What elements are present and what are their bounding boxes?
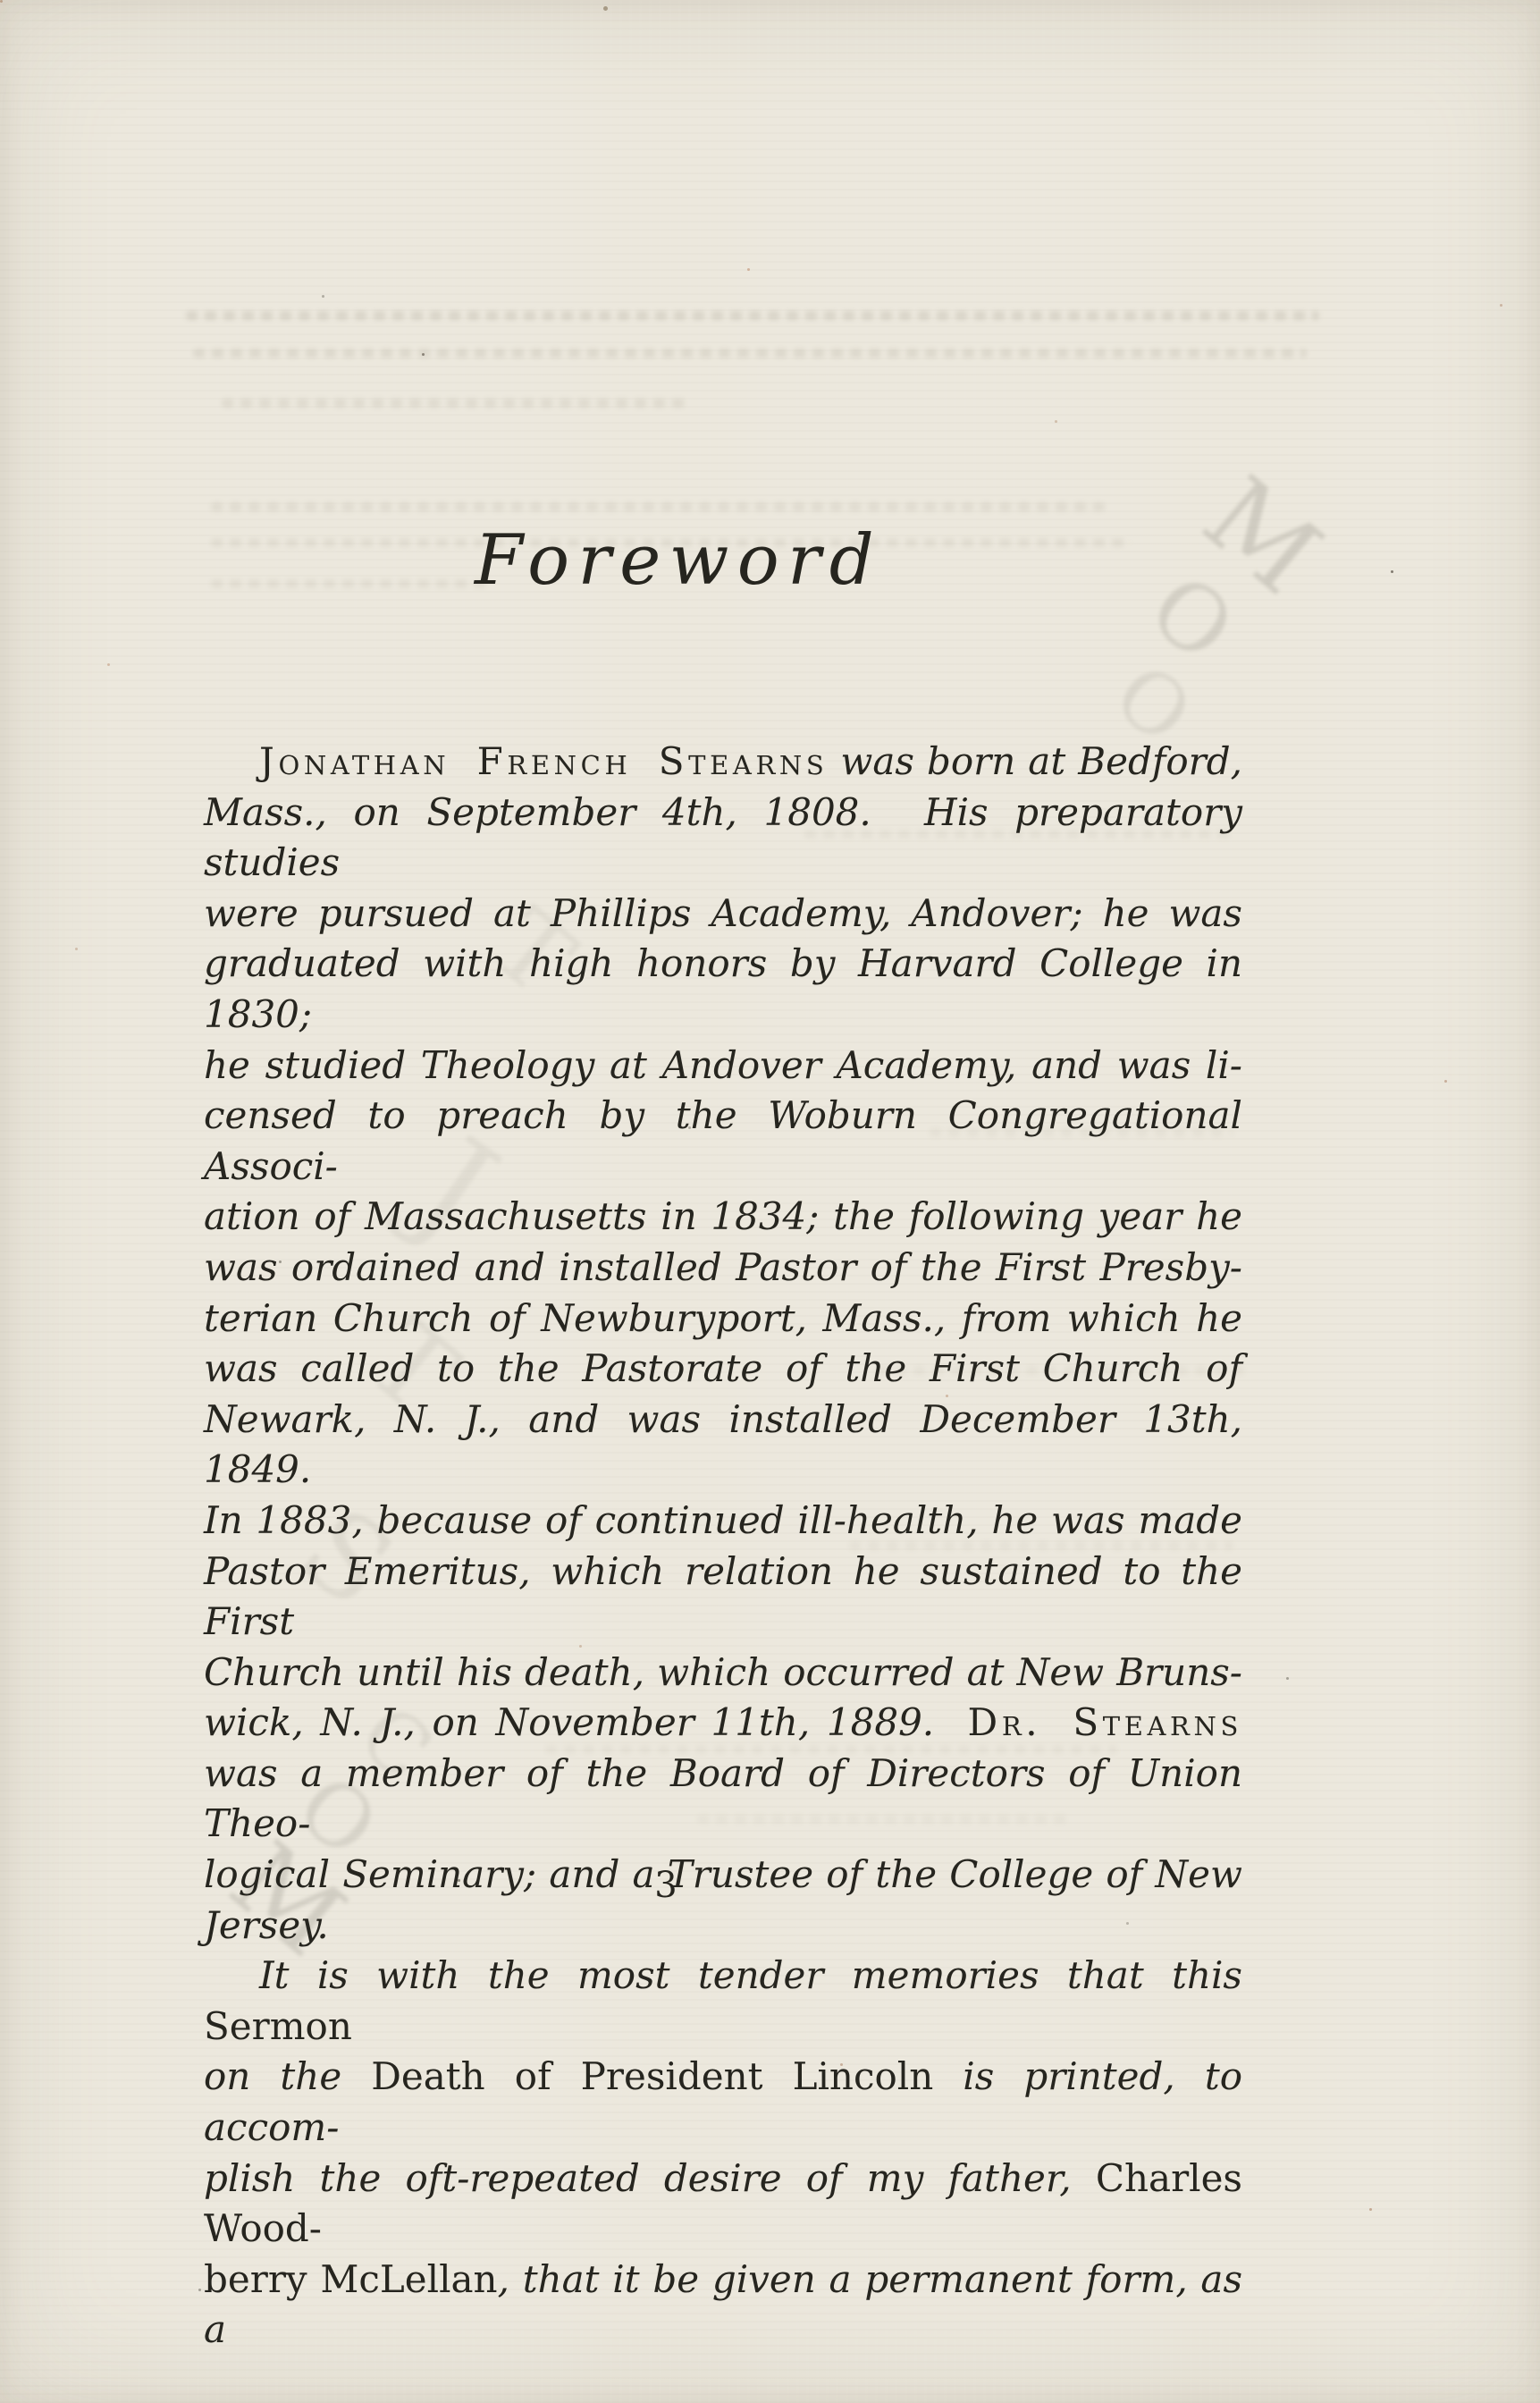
italic-text: It is with the most tender memories that… — [259, 1953, 1242, 1997]
small-caps-text: Jonathan French Stearns — [259, 739, 828, 783]
text-line: was ordained and installed Pastor of the… — [204, 1243, 1242, 1294]
italic-text: Jersey. — [204, 1903, 329, 1947]
italic-text: Newark, N. J., and was installed Decembe… — [204, 1397, 1242, 1492]
text-line: berry McLellan, that it be given a perma… — [204, 2255, 1242, 2356]
italic-text: graduated with high honors by Harvard Co… — [204, 941, 1242, 1036]
text-line: censed to preach by the Woburn Congregat… — [204, 1091, 1242, 1192]
italic-text: was called to the Pastorate of the First… — [204, 1346, 1242, 1390]
italic-text: was a member of the Board of Directors o… — [204, 1751, 1242, 1846]
book-page: MOOTJTSCOM Foreword Jonathan French Stea… — [0, 0, 1540, 2403]
text-line: plish the oft-repeated desire of my fath… — [204, 2154, 1242, 2255]
text-line: he studied Theology at Andover Academy, … — [204, 1041, 1242, 1092]
bleedthrough-line — [211, 502, 1105, 511]
text-line: graduated with high honors by Harvard Co… — [204, 939, 1242, 1040]
italic-text: Mass., on September 4th, 1808. His prepa… — [204, 790, 1242, 885]
italic-text: Pastor Emeritus, which relation he susta… — [204, 1549, 1242, 1644]
foreword-paragraphs: Jonathan French Stearns was born at Bedf… — [204, 737, 1242, 2356]
text-line: Church until his death, which occurred a… — [204, 1648, 1242, 1699]
italic-text: were pursued at Phillips Academy, Andove… — [204, 891, 1242, 935]
roman-text: berry McLellan — [204, 2257, 498, 2301]
bleedthrough-line — [193, 349, 1307, 358]
bleedthrough-line — [186, 311, 1319, 320]
small-caps-text: Dr. Stearns — [968, 1700, 1242, 1744]
text-line: Jersey. — [204, 1901, 1242, 1952]
roman-text: Death of President Lincoln — [371, 2054, 933, 2098]
page-number: 3 — [501, 1865, 831, 1906]
italic-text: censed to preach by the Woburn Congregat… — [204, 1093, 1242, 1188]
italic-text: was ordained and installed Pastor of the… — [204, 1245, 1242, 1289]
text-line: Newark, N. J., and was installed Decembe… — [204, 1395, 1242, 1496]
text-line: Mass., on September 4th, 1808. His prepa… — [204, 788, 1242, 889]
text-line: ation of Massachusetts in 1834; the foll… — [204, 1192, 1242, 1243]
italic-text: he studied Theology at Andover Academy, … — [204, 1043, 1242, 1087]
paper-specks — [0, 0, 3, 3]
italic-text: terian Church of Newburyport, Mass., fro… — [204, 1296, 1242, 1340]
italic-text: plish the oft-repeated desire of my fath… — [204, 2156, 1096, 2200]
roman-text: Sermon — [204, 2004, 352, 2048]
italic-text: In 1883, because of continued ill-health… — [204, 1498, 1242, 1542]
text-line: Jonathan French Stearns was born at Bedf… — [204, 737, 1242, 788]
page-title: Foreword — [159, 520, 1198, 601]
text-line: In 1883, because of continued ill-health… — [204, 1496, 1242, 1547]
text-line: Pastor Emeritus, which relation he susta… — [204, 1547, 1242, 1648]
text-line: It is with the most tender memories that… — [204, 1951, 1242, 2052]
text-line: terian Church of Newburyport, Mass., fro… — [204, 1294, 1242, 1345]
italic-text: Church until his death, which occurred a… — [204, 1650, 1242, 1694]
italic-text: was born at Bedford, — [828, 739, 1242, 783]
bleedthrough-line — [222, 399, 686, 408]
text-line: were pursued at Phillips Academy, Andove… — [204, 889, 1242, 940]
text-line: wick, N. J., on November 11th, 1889. Dr.… — [204, 1698, 1242, 1749]
watermark-letter: M — [1187, 460, 1337, 611]
italic-text: ation of Massachusetts in 1834; the foll… — [204, 1194, 1242, 1238]
text-line: was a member of the Board of Directors o… — [204, 1749, 1242, 1850]
italic-text: on the — [204, 2054, 371, 2098]
italic-text: wick, N. J., on November 11th, 1889. — [204, 1700, 968, 1744]
text-line: was called to the Pastorate of the First… — [204, 1344, 1242, 1395]
text-line: on the Death of President Lincoln is pri… — [204, 2052, 1242, 2153]
